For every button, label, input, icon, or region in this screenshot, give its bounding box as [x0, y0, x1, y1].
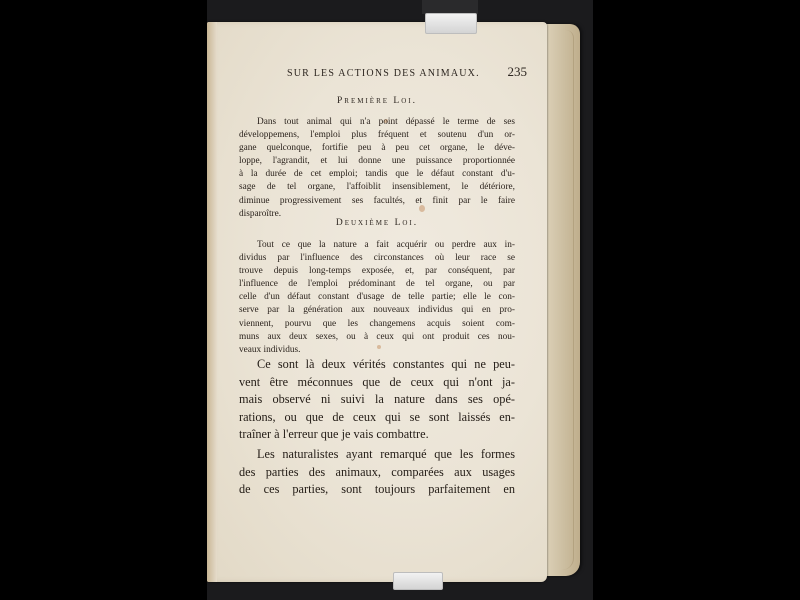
second-law-text: Tout ce que la nature a fait acquérir ou… — [239, 239, 515, 357]
text-line: celle d'un défaut constant d'usage de te… — [239, 291, 515, 304]
text-line: mais observé ni suivi la nature dans ses… — [239, 391, 515, 409]
text-line: trouve depuis long-temps exposée, et, pa… — [239, 265, 515, 278]
book-page: SUR LES ACTIONS DES ANIMAUX. 235 Premièr… — [207, 22, 547, 582]
text-line: loppe, l'agrandit, et lui donne une puis… — [239, 155, 515, 168]
running-head: SUR LES ACTIONS DES ANIMAUX. 235 — [257, 64, 527, 80]
text-line: de ces parties, sont toujours parfaiteme… — [239, 481, 515, 499]
bottom-page-clip — [393, 572, 443, 590]
text-line: viennent, pourvu que les changemens acqu… — [239, 318, 515, 331]
text-line: serve par la génération aux nouveaux ind… — [239, 304, 515, 317]
text-line: traîner à l'erreur que je vais combattre… — [239, 426, 515, 444]
text-line: à la durée de cet emploi; tandis que le … — [239, 168, 515, 181]
text-line: Tout ce que la nature a fait acquérir ou… — [239, 239, 515, 252]
text-line: veaux individus. — [239, 344, 515, 357]
text-line: Les naturalistes ayant remarqué que les … — [239, 446, 515, 464]
text-line: Ce sont là deux vérités constantes qui n… — [239, 356, 515, 374]
first-law-heading: Première Loi. — [207, 96, 547, 106]
text-line: vent être méconnues que de ceux qui n'on… — [239, 374, 515, 392]
text-line: Dans tout animal qui n'a point dépassé l… — [239, 116, 515, 129]
top-clip-holder — [422, 0, 478, 14]
text-line: sage de tel organe, l'affoiblit insensib… — [239, 181, 515, 194]
text-line: développemens, l'emploi plus fréquent et… — [239, 129, 515, 142]
text-line: des parties des animaux, comparées aux u… — [239, 464, 515, 482]
page-number: 235 — [508, 64, 528, 80]
text-line: rations, ou que de ceux qui se sont lais… — [239, 409, 515, 427]
top-page-clip — [425, 13, 477, 34]
running-head-title: SUR LES ACTIONS DES ANIMAUX. — [287, 68, 480, 79]
text-line: diminue progressivement ses facultés, et… — [239, 195, 515, 208]
text-line: gane quelconque, fortifie peu à peu cet … — [239, 142, 515, 155]
second-law-heading: Deuxième Loi. — [207, 218, 547, 228]
text-line: l'influence de l'emploi prédominant de t… — [239, 278, 515, 291]
body-paragraph-1: Ce sont là deux vérités constantes qui n… — [239, 356, 515, 444]
first-law-text: Dans tout animal qui n'a point dépassé l… — [239, 116, 515, 221]
text-line: dividus par l'influence des circonstance… — [239, 252, 515, 265]
text-line: muns aux deux sexes, ou à ceux qui ont p… — [239, 331, 515, 344]
body-paragraph-2: Les naturalistes ayant remarqué que les … — [239, 446, 515, 499]
